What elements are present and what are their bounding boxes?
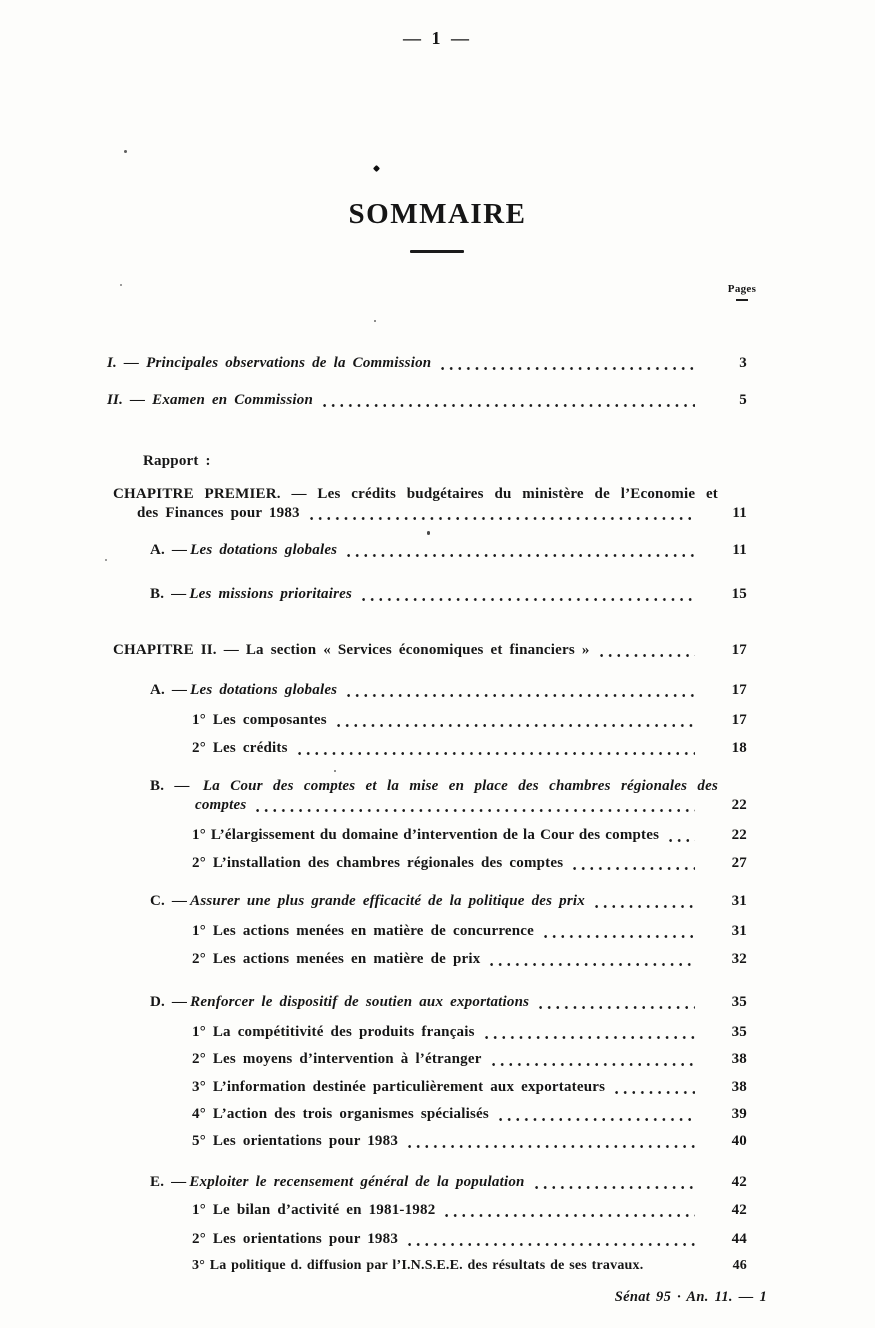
toc-entry-chapitre-ii: CHAPITRE II. — La section « Services éco… bbox=[113, 641, 747, 660]
scan-speck bbox=[120, 284, 122, 286]
dotted-leader bbox=[647, 1272, 728, 1275]
separator-dot bbox=[373, 165, 380, 172]
rapport-heading: Rapport : bbox=[143, 452, 747, 471]
toc-page-number: 22 bbox=[707, 796, 747, 815]
dotted-leader bbox=[347, 694, 695, 697]
dotted-leader bbox=[362, 598, 695, 601]
toc-entry-chapitre-premier: CHAPITRE PREMIER. — Les crédits budgétai… bbox=[113, 485, 747, 523]
toc-page-number: 17 bbox=[707, 681, 747, 700]
dotted-leader bbox=[347, 554, 695, 557]
toc-page-number: 35 bbox=[707, 1023, 747, 1042]
dotted-leader bbox=[669, 839, 695, 842]
toc-entry-ch2-d-5-orientations: 5° Les orientations pour 1983 40 bbox=[192, 1132, 747, 1151]
dotted-leader bbox=[298, 752, 695, 755]
scan-speck bbox=[374, 320, 376, 322]
toc-entry-ch2-b-1-elargissement: 1° L’élargissement du domaine d’interven… bbox=[192, 826, 747, 845]
toc-entry-ch2-c-2-prix: 2° Les actions menées en matière de prix… bbox=[192, 950, 747, 969]
dotted-leader bbox=[595, 905, 695, 908]
dotted-leader bbox=[337, 724, 695, 727]
toc-entry-ch2-c-1-concurrence: 1° Les actions menées en matière de conc… bbox=[192, 922, 747, 941]
dotted-leader bbox=[408, 1145, 695, 1148]
toc-entry-ch2-a-dotations: A. —Les dotations globales 17 bbox=[150, 681, 747, 700]
toc-entry-ch2-a-2-credits: 2° Les crédits 18 bbox=[192, 739, 747, 758]
dotted-leader bbox=[445, 1214, 695, 1217]
dotted-leader bbox=[485, 1036, 695, 1039]
toc-page-number: 42 bbox=[707, 1173, 747, 1192]
toc-entry-ch2-d-exportations: D. —Renforcer le dispositif de soutien a… bbox=[150, 993, 747, 1012]
toc-page-number: 44 bbox=[707, 1230, 747, 1249]
toc-page-number: 17 bbox=[707, 641, 747, 660]
toc-entry-ch1-a-dotations: A. —Les dotations globales 11 bbox=[150, 541, 747, 560]
pages-label: Pages bbox=[728, 283, 756, 295]
toc-page-number: 18 bbox=[707, 739, 747, 758]
dotted-leader bbox=[535, 1186, 695, 1189]
toc-page-number: 27 bbox=[707, 854, 747, 873]
dotted-leader bbox=[544, 935, 695, 938]
toc-page-number: 31 bbox=[707, 922, 747, 941]
toc-page-number: 22 bbox=[707, 826, 747, 845]
toc-entry-ch2-c-politique-des-prix: C. —Assurer une plus grande efficacité d… bbox=[150, 892, 747, 911]
toc-page-number: 46 bbox=[733, 1256, 747, 1275]
toc-entry-ch2-b-cour-des-comptes: B. — La Cour des comptes et la mise en p… bbox=[150, 777, 747, 815]
toc-entry-ch2-e-2-orientations: 2° Les orientations pour 1983 44 bbox=[192, 1230, 747, 1249]
dotted-leader bbox=[490, 963, 695, 966]
toc-entry-ch2-a-1-composantes: 1° Les composantes 17 bbox=[192, 711, 747, 730]
dotted-leader bbox=[600, 654, 695, 657]
dotted-leader bbox=[539, 1006, 695, 1009]
dotted-leader bbox=[323, 404, 695, 407]
toc-entry-ch2-d-2-moyens: 2° Les moyens d’intervention à l’étrange… bbox=[192, 1050, 747, 1069]
dotted-leader bbox=[310, 517, 695, 520]
toc-entry-ch2-d-1-competitivite: 1° La compétitivité des produits françai… bbox=[192, 1023, 747, 1042]
document-page: — 1 — SOMMAIRE Pages I. — Principales ob… bbox=[0, 0, 875, 1328]
toc-page-number: 17 bbox=[707, 711, 747, 730]
toc-page-number: 11 bbox=[707, 541, 747, 560]
toc-page-number: 39 bbox=[707, 1105, 747, 1124]
toc-page-number: 3 bbox=[707, 354, 747, 373]
page-number: — 1 — bbox=[0, 28, 875, 49]
pages-dash bbox=[736, 299, 748, 301]
dotted-leader bbox=[408, 1243, 695, 1246]
dotted-leader bbox=[441, 367, 695, 370]
toc-entry-ch2-e-1-bilan: 1° Le bilan d’activité en 1981-1982 42 bbox=[192, 1201, 747, 1220]
toc-page-number: 42 bbox=[707, 1201, 747, 1220]
dotted-leader bbox=[256, 809, 695, 812]
dotted-leader bbox=[492, 1063, 695, 1066]
toc-entry-ch2-d-3-information: 3° L’information destinée particulièreme… bbox=[192, 1078, 747, 1097]
toc-page-number: 11 bbox=[707, 504, 747, 523]
toc-page-number: 40 bbox=[707, 1132, 747, 1151]
title-rule bbox=[410, 250, 464, 253]
toc-entry-ch2-e-3-politique-diffusion: 3° La politique d. diffusion par l’I.N.S… bbox=[192, 1256, 747, 1275]
toc-page-number: 15 bbox=[707, 585, 747, 604]
toc-entry-principales-observations: I. — Principales observations de la Comm… bbox=[107, 354, 747, 373]
toc-entry-ch2-e-recensement: E. —Exploiter le recensement général de … bbox=[150, 1173, 747, 1192]
toc-entry-ch1-b-missions: B. —Les missions prioritaires 15 bbox=[150, 585, 747, 604]
toc-page-number: 38 bbox=[707, 1078, 747, 1097]
dotted-leader bbox=[615, 1091, 695, 1094]
footer-reference: Sénat 95 · An. 11. — 1 bbox=[615, 1289, 767, 1306]
toc-entry-ch2-b-2-installation: 2° L’installation des chambres régionale… bbox=[192, 854, 747, 873]
pages-column-header: Pages bbox=[722, 283, 762, 301]
page-title: SOMMAIRE bbox=[0, 198, 875, 231]
toc-page-number: 35 bbox=[707, 993, 747, 1012]
toc-page-number: 32 bbox=[707, 950, 747, 969]
toc-page-number: 5 bbox=[707, 391, 747, 410]
dotted-leader bbox=[573, 867, 695, 870]
table-of-contents: I. — Principales observations de la Comm… bbox=[107, 354, 747, 1275]
toc-entry-examen-en-commission: II. — Examen en Commission 5 bbox=[107, 391, 747, 410]
dotted-leader bbox=[499, 1118, 695, 1121]
toc-entry-ch2-d-4-organismes: 4° L’action des trois organismes spécial… bbox=[192, 1105, 747, 1124]
scan-speck bbox=[124, 150, 127, 153]
toc-page-number: 38 bbox=[707, 1050, 747, 1069]
toc-page-number: 31 bbox=[707, 892, 747, 911]
